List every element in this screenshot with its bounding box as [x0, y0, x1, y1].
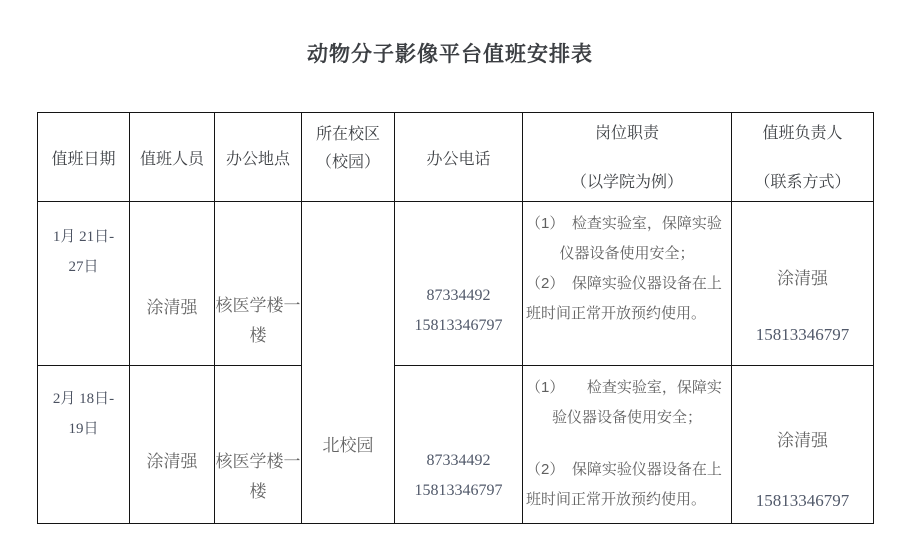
row2-duty-line3: （2） 保障实验仪器设备在上 — [523, 455, 732, 485]
row2-duty-line1: （1） 检查实验室，保障实 — [523, 373, 732, 403]
row1-office-cell: 核医学楼一 楼 — [215, 202, 302, 366]
row2-office-cell: 核医学楼一 楼 — [215, 366, 302, 524]
header-campus-line1: 所在校区 — [316, 121, 380, 149]
row2-date-line2: 19日 — [68, 414, 98, 444]
row2-manager-phone: 15813346797 — [756, 491, 850, 511]
duty-schedule-table: 值班日期 值班人员 办公地点 所在校区 （校园） 办公电话 岗位职责 （以学院为… — [37, 112, 874, 524]
row2-duty-line4: 班时间正常开放预约使用。 — [523, 485, 732, 515]
row2-office-line1: 核医学楼一 — [216, 447, 301, 477]
row1-office-line1: 核医学楼一 — [216, 291, 301, 321]
row1-duty-cell: （1） 检查实验室，保障实验 仪器设备使用安全； （2） 保障实验仪器设备在上 … — [523, 202, 732, 366]
row2-manager-name: 涂清强 — [777, 426, 828, 451]
row2-phone-cell: 87334492 15813346797 — [395, 366, 523, 524]
row2-duty-line2: 验仪器设备使用安全； — [523, 403, 731, 433]
campus-merged-cell: 北校园 — [302, 202, 395, 524]
row2-duty-blank-line — [523, 433, 731, 455]
row2-phone2: 15813346797 — [415, 476, 503, 506]
header-campus: 所在校区 （校园） — [302, 113, 395, 202]
row1-phone1: 87334492 — [427, 281, 491, 311]
row2-person-cell: 涂清强 — [130, 366, 215, 524]
header-office-location: 办公地点 — [215, 113, 302, 202]
row1-duty-line4: 班时间正常开放预约使用。 — [523, 299, 732, 329]
row1-manager-name: 涂清强 — [777, 264, 828, 289]
row1-person-cell: 涂清强 — [130, 202, 215, 366]
header-duty-responsibility-line2: （以学院为例） — [571, 169, 683, 192]
row1-date-line1: 1月 21日- — [53, 222, 114, 252]
row2-phone1: 87334492 — [427, 446, 491, 476]
header-duty-person: 值班人员 — [130, 113, 215, 202]
row2-office-line2: 楼 — [250, 477, 267, 507]
header-duty-date: 值班日期 — [38, 113, 130, 202]
header-duty-responsibility-line1: 岗位职责 — [595, 120, 659, 143]
row1-date-line2: 27日 — [68, 252, 98, 282]
header-duty-date-label: 值班日期 — [51, 146, 115, 169]
header-duty-manager: 值班负责人 （联系方式） — [732, 113, 874, 202]
header-office-phone-label: 办公电话 — [426, 146, 490, 169]
row1-duty-line3: （2） 保障实验仪器设备在上 — [523, 269, 732, 299]
row2-duty-cell: （1） 检查实验室，保障实 验仪器设备使用安全； （2） 保障实验仪器设备在上 … — [523, 366, 732, 524]
row1-duty-line1: （1） 检查实验室，保障实验 — [523, 209, 732, 239]
header-duty-person-label: 值班人员 — [140, 146, 204, 169]
row2-date-line1: 2月 18日- — [53, 384, 114, 414]
header-duty-responsibility: 岗位职责 （以学院为例） — [523, 113, 732, 202]
header-campus-line2: （校园） — [316, 149, 380, 177]
page-title: 动物分子影像平台值班安排表 — [0, 38, 900, 68]
row1-phone-cell: 87334492 15813346797 — [395, 202, 523, 366]
header-office-location-label: 办公地点 — [226, 146, 290, 169]
campus-value: 北校园 — [323, 431, 374, 461]
row1-date-cell: 1月 21日- 27日 — [38, 202, 130, 366]
row1-person-name: 涂清强 — [147, 293, 198, 323]
header-duty-manager-line2: （联系方式） — [754, 169, 850, 192]
row1-duty-line2: 仪器设备使用安全； — [523, 239, 731, 269]
row1-manager-cell: 涂清强 15813346797 — [732, 202, 874, 366]
header-office-phone: 办公电话 — [395, 113, 523, 202]
row1-phone2: 15813346797 — [415, 311, 503, 341]
row2-person-name: 涂清强 — [147, 447, 198, 477]
header-duty-manager-line1: 值班负责人 — [762, 120, 842, 143]
row2-manager-cell: 涂清强 15813346797 — [732, 366, 874, 524]
row1-office-line2: 楼 — [250, 321, 267, 351]
row2-date-cell: 2月 18日- 19日 — [38, 366, 130, 524]
row1-manager-phone: 15813346797 — [756, 325, 850, 345]
